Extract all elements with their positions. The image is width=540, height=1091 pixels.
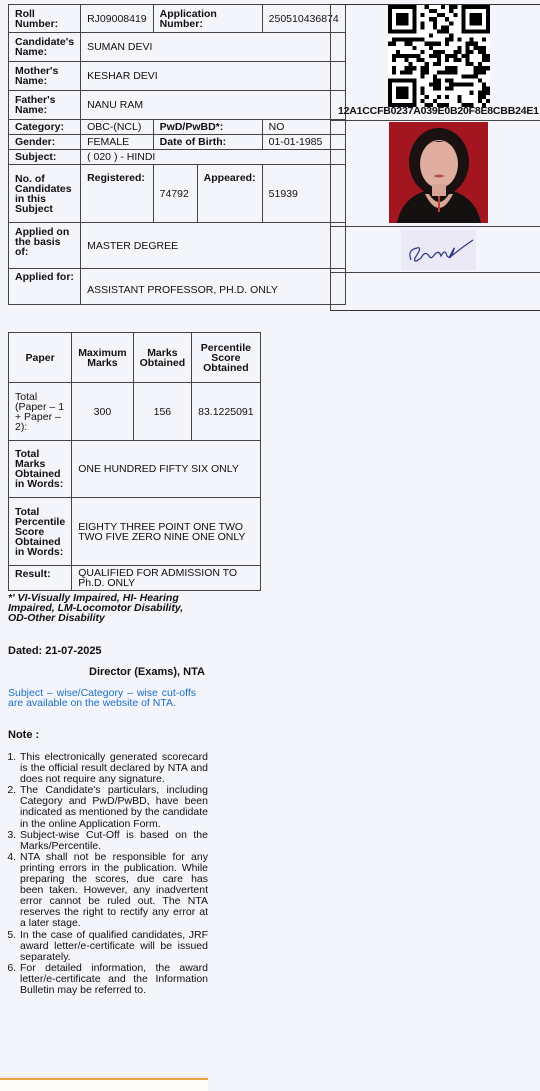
qr-hash-text: 12A1CCFB0237A039E0B20F8E8CBB24E1 [338,105,539,117]
notes-list: This electronically generated scorecard … [7,752,208,996]
paper-total-label: Total (Paper – 1 + Paper – 2): [9,383,72,441]
percentile-in-words-label: Total Percentile Score Obtained in Words… [9,498,72,566]
candidates-count-label: No. of Candidates in this Subject [9,165,81,223]
dated-text: Dated: 21-07-2025 [8,645,102,657]
applied-for-value: ASSISTANT PROFESSOR, PH.D. ONLY [81,269,346,305]
roll-number-value: RJ09008419 [81,5,154,33]
bottom-white-panel [0,1080,208,1091]
registered-value: 74792 [153,165,197,223]
gender-label: Gender: [9,135,81,150]
qr-code-icon [388,5,490,107]
right-divider [330,226,540,227]
percentile-in-words-value: EIGHTY THREE POINT ONE TWO TWO FIVE ZERO… [72,498,260,566]
appeared-label: Appeared: [197,165,262,223]
mother-name-label: Mother's Name: [9,62,81,91]
candidate-name-value: SUMAN DEVI [81,33,346,62]
cutoff-link[interactable]: Subject – wise/Category – wise cut-offs … [8,688,196,708]
applied-basis-label: Applied on the basis of: [9,223,81,269]
applied-basis-value: MASTER DEGREE [81,223,346,269]
subject-value: ( 020 ) - HINDI [81,150,346,165]
candidate-info-table: Roll Number: RJ09008419 Application Numb… [8,4,346,305]
header-paper: Paper [9,333,72,383]
marks-table: Paper Maximum Marks Marks Obtained Perce… [8,332,261,591]
result-label: Result: [9,566,72,591]
dob-label: Date of Birth: [153,135,262,150]
disability-footnote: *' VI-Visually Impaired, HI- Hearing Imp… [8,593,198,623]
father-name-value: NANU RAM [81,91,346,120]
gender-value: FEMALE [81,135,154,150]
note-item: This electronically generated scorecard … [19,752,208,785]
header-marks-obtained: Marks Obtained [133,333,192,383]
pwd-label: PwD/PwBD*: [153,120,262,135]
right-divider [330,272,540,273]
candidate-name-label: Candidate's Name: [9,33,81,62]
category-value: OBC-(NCL) [81,120,154,135]
applied-for-label: Applied for: [9,269,81,305]
maximum-marks-value: 300 [72,383,133,441]
right-divider [330,120,540,121]
candidate-photo [389,122,488,223]
father-name-label: Father's Name: [9,91,81,120]
note-title: Note : [8,729,39,741]
note-item: The Candidate's particulars, including C… [19,785,208,829]
header-maximum-marks: Maximum Marks [72,333,133,383]
percentile-value: 83.1225091 [192,383,260,441]
roll-number-label: Roll Number: [9,5,81,33]
note-item: Subject-wise Cut-Off is based on the Mar… [19,830,208,852]
director-text: Director (Exams), NTA [89,666,205,678]
note-item: NTA shall not be responsible for any pri… [19,852,208,930]
note-item: In the case of qualified candidates, JRF… [19,930,208,963]
marks-in-words-value: ONE HUNDRED FIFTY SIX ONLY [72,441,260,498]
marks-obtained-value: 156 [133,383,192,441]
result-value: QUALIFIED FOR ADMISSION TO Ph.D. ONLY [72,566,260,591]
marks-in-words-label: Total Marks Obtained in Words: [9,441,72,498]
header-percentile: Percentile Score Obtained [192,333,260,383]
application-number-label: Application Number: [153,5,262,33]
category-label: Category: [9,120,81,135]
note-item: For detailed information, the award lett… [19,963,208,996]
candidate-signature [401,230,476,270]
subject-label: Subject: [9,150,81,165]
mother-name-value: KESHAR DEVI [81,62,346,91]
registered-label: Registered: [81,165,154,223]
